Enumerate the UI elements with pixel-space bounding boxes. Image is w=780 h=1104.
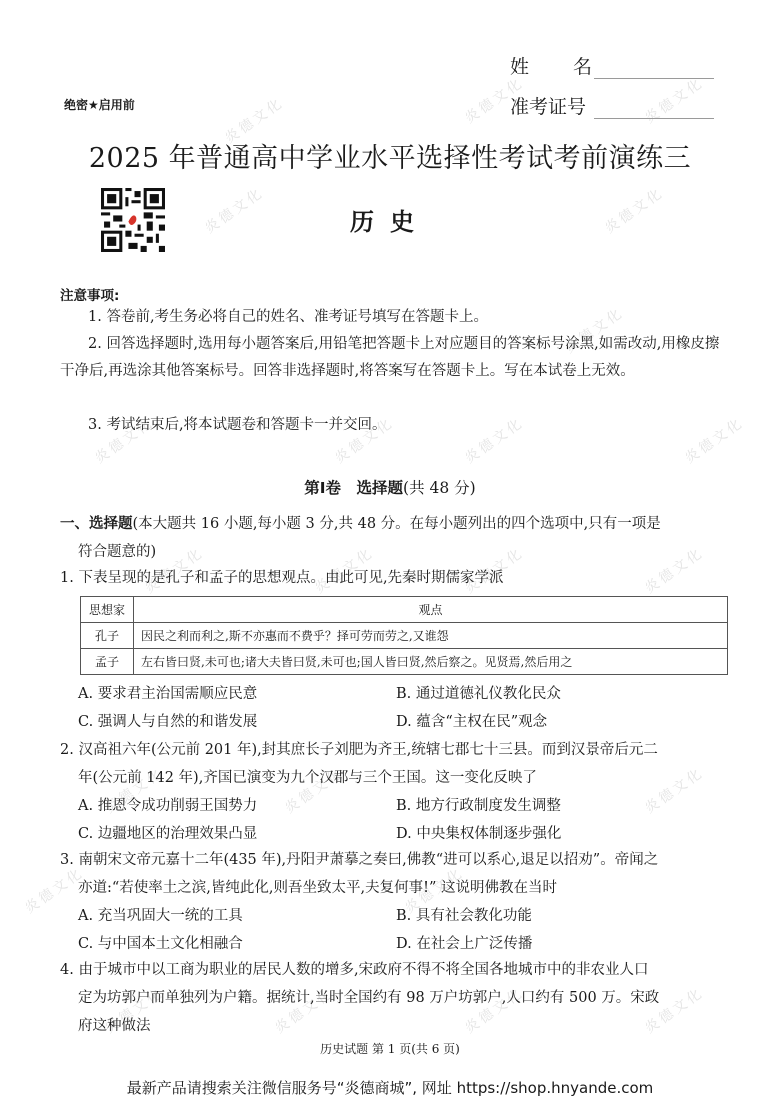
question-2-options: A. 推恩令成功削弱王国势力 B. 地方行政制度发生调整 C. 边疆地区的治理效… bbox=[78, 792, 718, 848]
watermark: 炎德文化 bbox=[600, 182, 667, 237]
name-label: 姓 名 bbox=[510, 52, 592, 79]
part-instructions: 一、选择题(本大题共 16 小题,每小题 3 分,共 48 分。在每小题列出的四… bbox=[60, 510, 730, 566]
option-c[interactable]: C. 与中国本土文化相融合 bbox=[78, 930, 396, 958]
table-cell-view: 左右皆曰贤,未可也;诸大夫皆曰贤,未可也;国人皆曰贤,然后察之。见贤焉,然后用之 bbox=[134, 649, 728, 675]
option-a[interactable]: A. 要求君主治国需顺应民意 bbox=[78, 680, 396, 708]
notes-heading: 注意事项: bbox=[60, 284, 119, 304]
note-item-1: 1. 答卷前,考生务必将自己的姓名、准考证号填写在答题卡上。 bbox=[60, 304, 726, 331]
section-title-score: (共 48 分) bbox=[403, 479, 476, 497]
question-3-options: A. 充当巩固大一统的工具 B. 具有社会教化功能 C. 与中国本土文化相融合 … bbox=[78, 902, 718, 958]
table-header: 观点 bbox=[134, 597, 728, 623]
option-b[interactable]: B. 具有社会教化功能 bbox=[396, 902, 714, 930]
question-3-stem: 3. 南朝宋文帝元嘉十二年(435 年),丹阳尹萧摹之奏曰,佛教“进可以系心,退… bbox=[60, 846, 730, 902]
table-header: 思想家 bbox=[81, 597, 134, 623]
exam-number-field[interactable]: 准考证号 bbox=[510, 92, 714, 119]
exam-number-label: 准考证号 bbox=[510, 92, 592, 119]
name-label-char-2: 名 bbox=[573, 52, 592, 79]
confidential-mark: 绝密★启用前 bbox=[64, 96, 135, 113]
option-b[interactable]: B. 通过道德礼仪教化民众 bbox=[396, 680, 714, 708]
footer-advert: 最新产品请搜索关注微信服务号“炎德商城”, 网址 https://shop.hn… bbox=[0, 1077, 780, 1098]
table-cell-view: 因民之利而利之,斯不亦惠而不费乎？择可劳而劳之,又谁怨 bbox=[134, 623, 728, 649]
subject-title: 历史 bbox=[350, 202, 430, 237]
option-c[interactable]: C. 强调人与自然的和谐发展 bbox=[78, 708, 396, 736]
name-field[interactable]: 姓 名 bbox=[510, 52, 714, 79]
question-1-stem: 1. 下表呈现的是孔子和孟子的思想观点。由此可见,先秦时期儒家学派 bbox=[60, 564, 730, 592]
section-title: 第Ⅰ卷 选择题(共 48 分) bbox=[0, 476, 780, 498]
part-description-cont: 符合题意的) bbox=[60, 538, 730, 566]
table-header-row: 思想家 观点 bbox=[81, 597, 728, 623]
option-d[interactable]: D. 在社会上广泛传播 bbox=[396, 930, 714, 958]
table-row: 孟子 左右皆曰贤,未可也;诸大夫皆曰贤,未可也;国人皆曰贤,然后察之。见贤焉,然… bbox=[81, 649, 728, 675]
note-item-3: 3. 考试结束后,将本试题卷和答题卡一并交回。 bbox=[60, 412, 726, 439]
option-c[interactable]: C. 边疆地区的治理效果凸显 bbox=[78, 820, 396, 848]
thinkers-table: 思想家 观点 孔子 因民之利而利之,斯不亦惠而不费乎？择可劳而劳之,又谁怨 孟子… bbox=[80, 596, 728, 675]
table-cell-thinker: 孟子 bbox=[81, 649, 134, 675]
table-row: 孔子 因民之利而利之,斯不亦惠而不费乎？择可劳而劳之,又谁怨 bbox=[81, 623, 728, 649]
note-item-2: 2. 回答选择题时,选用每小题答案后,用铅笔把答题卡上对应题目的答案标号涂黑,如… bbox=[60, 331, 726, 385]
qr-code-icon bbox=[101, 188, 165, 252]
page-number: 历史试题 第 1 页(共 6 页) bbox=[0, 1040, 780, 1057]
question-4-stem: 4. 由于城市中以工商为职业的居民人数的增多,宋政府不得不将全国各地城市中的非农… bbox=[60, 956, 730, 1040]
option-d[interactable]: D. 中央集权体制逐步强化 bbox=[396, 820, 714, 848]
option-a[interactable]: A. 充当巩固大一统的工具 bbox=[78, 902, 396, 930]
name-input-line[interactable] bbox=[594, 56, 714, 79]
exam-title: 2025 年普通高中学业水平选择性考试考前演练三 bbox=[0, 136, 780, 175]
question-2-stem: 2. 汉高祖六年(公元前 201 年),封其庶长子刘肥为齐王,统辖七郡七十三县。… bbox=[60, 736, 730, 792]
section-title-bold: 第Ⅰ卷 选择题 bbox=[304, 479, 403, 497]
watermark: 炎德文化 bbox=[200, 182, 267, 237]
option-b[interactable]: B. 地方行政制度发生调整 bbox=[396, 792, 714, 820]
exam-number-input-line[interactable] bbox=[594, 96, 714, 119]
option-a[interactable]: A. 推恩令成功削弱王国势力 bbox=[78, 792, 396, 820]
question-1-options: A. 要求君主治国需顺应民意 B. 通过道德礼仪教化民众 C. 强调人与自然的和… bbox=[78, 680, 718, 736]
table-cell-thinker: 孔子 bbox=[81, 623, 134, 649]
option-d[interactable]: D. 蕴含“主权在民”观念 bbox=[396, 708, 714, 736]
part-description: (本大题共 16 小题,每小题 3 分,共 48 分。在每小题列出的四个选项中,… bbox=[133, 516, 661, 532]
part-title: 一、选择题 bbox=[60, 516, 133, 532]
name-label-char-1: 姓 bbox=[510, 52, 529, 79]
